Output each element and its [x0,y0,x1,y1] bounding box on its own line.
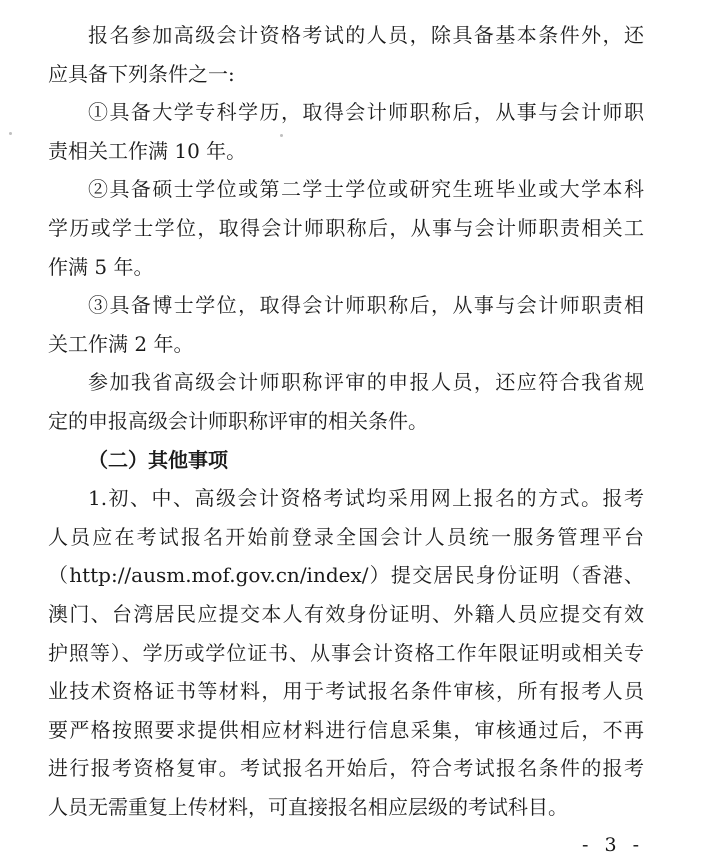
text-line: 要严格按照要求提供相应材料进行信息采集，审核通过后，不再 [48,711,644,750]
text-line: 澳门、台湾居民应提交本人有效身份证明、外籍人员应提交有效 [48,595,644,634]
text-line: 进行报考资格复审。考试报名开始后，符合考试报名条件的报考 [48,749,644,788]
text-line: （http://ausm.mof.gov.cn/index/）提交居民身份证明（… [48,556,644,595]
text-line: 关工作满 2 年。 [48,325,644,364]
text-line: ③具备博士学位，取得会计师职称后，从事与会计师职责相 [48,286,644,325]
text-line: 作满 5 年。 [48,248,644,287]
text-line: 1.初、中、高级会计资格考试均采用网上报名的方式。报考 [48,479,644,518]
scan-artifact [9,132,12,135]
document-body: 报名参加高级会计资格考试的人员，除具备基本条件外，还 应具备下列条件之一: ①具… [48,16,644,826]
text-line: 学历或学士学位，取得会计师职称后，从事与会计师职责相关工 [48,209,644,248]
document-page: 报名参加高级会计资格考试的人员，除具备基本条件外，还 应具备下列条件之一: ①具… [0,0,706,864]
text-line: ②具备硕士学位或第二学士学位或研究生班毕业或大学本科 [48,170,644,209]
page-number: - 3 - [582,834,644,856]
text-line: 参加我省高级会计师职称评审的申报人员，还应符合我省规 [48,363,644,402]
text-line: 定的申报高级会计师职称评审的相关条件。 [48,402,644,441]
text-line: 护照等）、学历或学位证书、从事会计资格工作年限证明或相关专 [48,634,644,673]
text-line: 人员无需重复上传材料，可直接报名相应层级的考试科目。 [48,788,644,827]
text-line: 报名参加高级会计资格考试的人员，除具备基本条件外，还 [48,16,644,55]
scan-artifact [280,134,283,137]
text-line: 人员应在考试报名开始前登录全国会计人员统一服务管理平台 [48,518,644,557]
text-line: ①具备大学专科学历，取得会计师职称后，从事与会计师职 [48,93,644,132]
text-line: 业技术资格证书等材料，用于考试报名条件审核，所有报考人员 [48,672,644,711]
text-line: 应具备下列条件之一: [48,55,644,94]
text-line: 责相关工作满 10 年。 [48,132,644,171]
section-heading: （二）其他事项 [48,441,644,480]
